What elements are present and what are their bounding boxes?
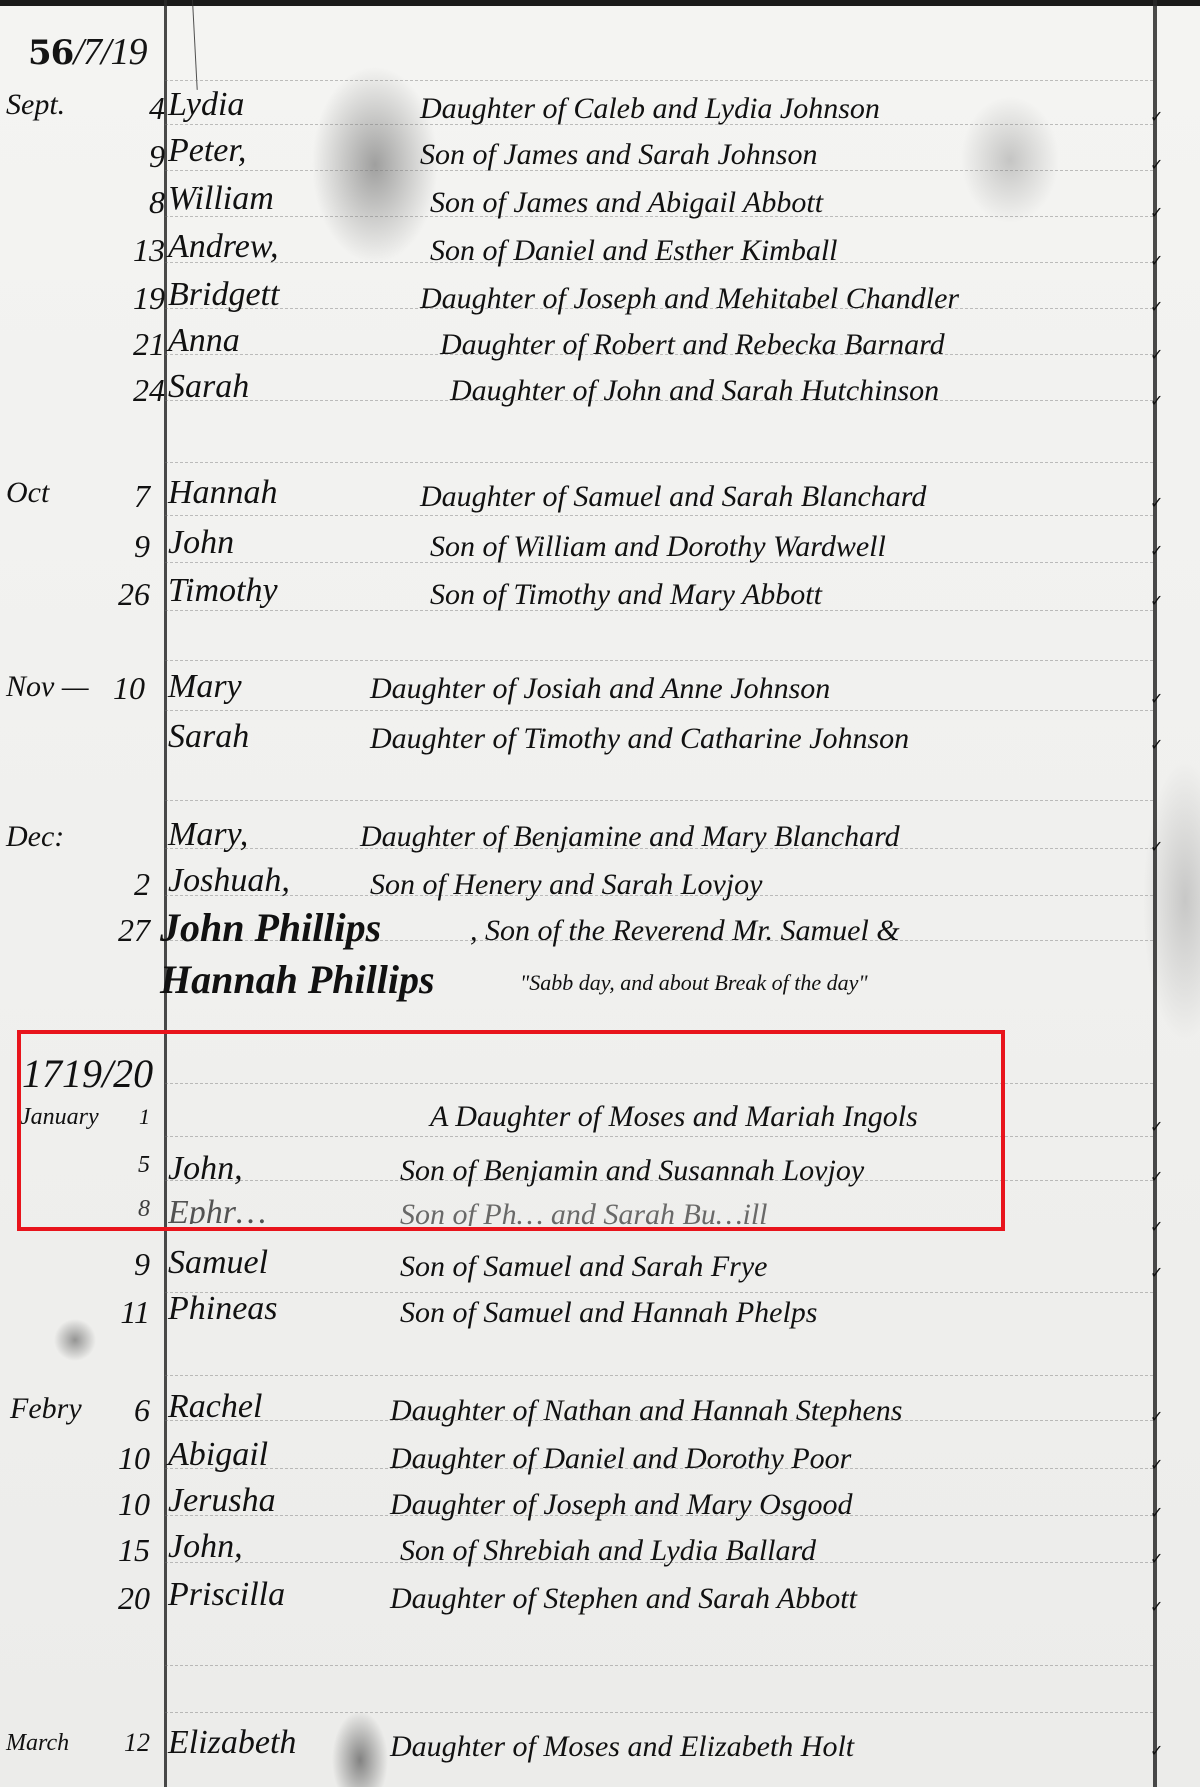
- tick-mark-icon: ✓: [1150, 112, 1160, 122]
- entry-relation: Daughter of John and Sarah Hutchinson: [450, 374, 939, 408]
- entry-day: 19: [115, 280, 165, 317]
- entry-day: 8: [115, 184, 165, 221]
- entry-relation: Daughter of Nathan and Hannah Stephens: [390, 1394, 902, 1428]
- scan-top-edge: [0, 0, 1200, 6]
- entry-name: Sarah: [168, 368, 249, 406]
- tick-mark-icon: ✓: [1150, 740, 1160, 750]
- entry-relation: Son of Daniel and Esther Kimball: [430, 234, 838, 268]
- entry-name: Andrew,: [168, 228, 278, 266]
- entry-relation: Daughter of Benjamine and Mary Blanchard: [360, 820, 900, 854]
- entry-day: 9: [100, 528, 150, 565]
- entry-relation: Son of Timothy and Mary Abbott: [430, 578, 822, 612]
- ruled-line: [165, 80, 1153, 82]
- ruled-line: [165, 462, 1153, 464]
- entry-day: 20: [100, 1580, 150, 1617]
- entry-day: 24: [115, 372, 165, 409]
- folio-number: 56/7/19: [28, 30, 146, 74]
- tick-mark-icon: ✓: [1150, 1746, 1160, 1756]
- entry-relation: , Son of the Reverend Mr. Samuel &: [470, 914, 900, 948]
- entry-day: 10: [95, 670, 145, 707]
- month-label-sept: Sept.: [6, 88, 65, 122]
- month-label-nov: Nov —: [6, 670, 89, 704]
- ruled-line: [165, 710, 1153, 712]
- entry-day: 27: [100, 912, 150, 949]
- entry-name: Peter,: [168, 132, 246, 170]
- entry-name: Lydia: [168, 86, 244, 124]
- entry-relation: Daughter of Robert and Rebecka Barnard: [440, 328, 945, 362]
- month-label-march: March: [6, 1730, 69, 1757]
- tick-mark-icon: ✓: [1150, 842, 1160, 852]
- tick-mark-icon: ✓: [1150, 160, 1160, 170]
- entry-relation: Son of Samuel and Hannah Phelps: [400, 1296, 817, 1330]
- folio-year: /7/19: [73, 31, 146, 73]
- ruled-line: [165, 1712, 1153, 1714]
- entry-day: 21: [115, 326, 165, 363]
- month-label-dec: Dec:: [6, 820, 64, 854]
- entry-day: 9: [100, 1246, 150, 1283]
- ruled-line: [165, 515, 1153, 517]
- tick-mark-icon: ✓: [1150, 208, 1160, 218]
- entry-name: John Phillips: [160, 904, 381, 951]
- entry-name: John: [168, 524, 234, 562]
- tick-mark-icon: ✓: [1150, 1268, 1160, 1278]
- top-stray-stroke: [192, 0, 198, 90]
- tick-mark-icon: ✓: [1150, 350, 1160, 360]
- entry-day: 6: [100, 1392, 150, 1429]
- entry-relation: Daughter of Josiah and Anne Johnson: [370, 672, 830, 706]
- entry-day: 7: [100, 478, 150, 515]
- entry-name: Bridgett: [168, 276, 279, 314]
- ruled-line: [165, 1665, 1153, 1667]
- tick-mark-icon: ✓: [1150, 1460, 1160, 1470]
- entry-relation: Daughter of Joseph and Mehitabel Chandle…: [420, 282, 959, 316]
- entry-name: Rachel: [168, 1388, 262, 1426]
- tick-mark-icon: ✓: [1150, 396, 1160, 406]
- entry-relation: Daughter of Stephen and Sarah Abbott: [390, 1582, 857, 1616]
- entry-relation: Daughter of Caleb and Lydia Johnson: [420, 92, 880, 126]
- tick-mark-icon: ✓: [1150, 546, 1160, 556]
- entry-relation: Daughter of Daniel and Dorothy Poor: [390, 1442, 851, 1476]
- entry-name: Hannah Phillips: [160, 956, 435, 1003]
- entry-relation: Daughter of Timothy and Catharine Johnso…: [370, 722, 909, 756]
- entry-name: William: [168, 180, 274, 218]
- entry-relation: Son of Shrebiah and Lydia Ballard: [400, 1534, 816, 1568]
- entry-name: Jerusha: [168, 1482, 276, 1520]
- tick-mark-icon: ✓: [1150, 1602, 1160, 1612]
- entry-relation: Daughter of Samuel and Sarah Blanchard: [420, 480, 926, 514]
- entry-day: 12: [100, 1728, 150, 1758]
- tick-mark-icon: ✓: [1150, 302, 1160, 312]
- month-label-oct: Oct: [6, 476, 49, 510]
- ruled-line: [165, 1292, 1153, 1294]
- tick-mark-icon: ✓: [1150, 694, 1160, 704]
- entry-name: Mary: [168, 668, 242, 706]
- entry-name: Samuel: [168, 1244, 268, 1282]
- entry-name: Timothy: [168, 572, 278, 610]
- tick-mark-icon: ✓: [1150, 1412, 1160, 1422]
- entry-relation: Daughter of Joseph and Mary Osgood: [390, 1488, 852, 1522]
- entry-relation: Son of Henery and Sarah Lovjoy: [370, 868, 762, 902]
- entry-relation: Son of James and Abigail Abbott: [430, 186, 823, 220]
- entry-name: Abigail: [168, 1436, 268, 1474]
- entry-name: Joshuah,: [168, 862, 290, 900]
- tick-mark-icon: ✓: [1150, 1554, 1160, 1564]
- entry-name: Phineas: [168, 1290, 278, 1328]
- entry-name: Elizabeth: [168, 1724, 296, 1762]
- entry-relation: Son of William and Dorothy Wardwell: [430, 530, 886, 564]
- entry-name: Sarah: [168, 718, 249, 756]
- entry-relation: Son of James and Sarah Johnson: [420, 138, 817, 172]
- entry-day: 2: [100, 866, 150, 903]
- folio-page: 56: [28, 33, 73, 73]
- tick-mark-icon: ✓: [1150, 1508, 1160, 1518]
- ruled-line: [165, 660, 1153, 662]
- tick-mark-icon: ✓: [1150, 1122, 1160, 1132]
- entry-name: John,: [168, 1528, 243, 1566]
- entry-day: 4: [115, 90, 165, 127]
- entry-relation: Son of Samuel and Sarah Frye: [400, 1250, 767, 1284]
- entry-day: 13: [115, 232, 165, 269]
- register-page: 56/7/19 Sept. 4 Lydia Daughter of Caleb …: [0, 0, 1200, 1787]
- entry-name: Priscilla: [168, 1576, 285, 1614]
- entry-relation: Daughter of Moses and Elizabeth Holt: [390, 1730, 854, 1764]
- tick-mark-icon: ✓: [1150, 256, 1160, 266]
- entry-day: 9: [115, 138, 165, 175]
- entry-day: 11: [100, 1294, 150, 1331]
- tick-mark-icon: ✓: [1150, 1172, 1160, 1182]
- entry-note: "Sabb day, and about Break of the day": [520, 970, 868, 996]
- tick-mark-icon: ✓: [1150, 1222, 1160, 1232]
- ruled-line: [165, 1375, 1153, 1377]
- highlight-box-january-1719-20: [17, 1030, 1005, 1231]
- tick-mark-icon: ✓: [1150, 498, 1160, 508]
- entry-name: Anna: [168, 322, 240, 360]
- month-label-feb: Febry: [10, 1392, 82, 1426]
- entry-name: Mary,: [168, 816, 248, 854]
- entry-day: 26: [100, 576, 150, 613]
- ruled-line: [165, 800, 1153, 802]
- entry-name: Hannah: [168, 474, 278, 512]
- tick-mark-icon: ✓: [1150, 596, 1160, 606]
- entry-day: 10: [100, 1440, 150, 1477]
- entry-day: 10: [100, 1486, 150, 1523]
- entry-day: 15: [100, 1532, 150, 1569]
